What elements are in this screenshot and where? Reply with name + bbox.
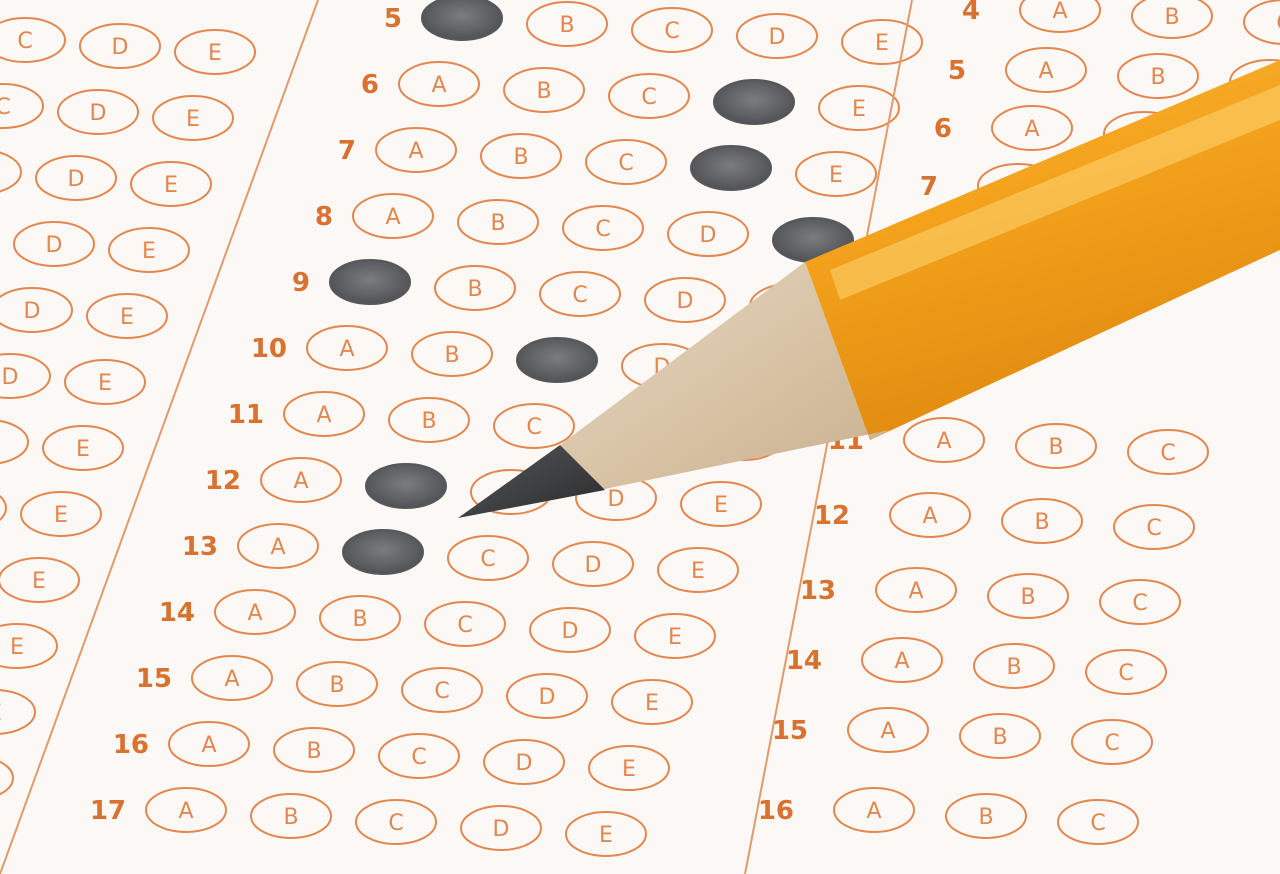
svg-text:E: E bbox=[875, 31, 889, 56]
bubble-b: B bbox=[527, 2, 607, 46]
svg-text:E: E bbox=[714, 493, 728, 518]
svg-text:A: A bbox=[922, 504, 937, 529]
bubble-c: C bbox=[1058, 800, 1138, 844]
svg-text:E: E bbox=[142, 239, 156, 264]
bubble-e: E bbox=[819, 86, 899, 130]
bubble-d: D bbox=[737, 14, 817, 58]
bubble-b: B bbox=[1002, 499, 1082, 543]
svg-text:D: D bbox=[769, 25, 786, 50]
bubble-b: B bbox=[1118, 54, 1198, 98]
bubble-c: C bbox=[563, 206, 643, 250]
bubble-b bbox=[343, 530, 423, 574]
question-number: 17 bbox=[90, 796, 126, 826]
bubble-d: D bbox=[668, 212, 748, 256]
bubble-a: A bbox=[284, 392, 364, 436]
svg-text:C: C bbox=[388, 811, 403, 836]
question-number: 7 bbox=[920, 172, 938, 202]
svg-text:D: D bbox=[700, 223, 717, 248]
svg-text:D: D bbox=[112, 35, 129, 60]
svg-text:E: E bbox=[32, 569, 46, 594]
svg-text:B: B bbox=[992, 725, 1007, 750]
bubble-b: B bbox=[960, 714, 1040, 758]
svg-text:B: B bbox=[1006, 655, 1021, 680]
bubble-e: E bbox=[109, 228, 189, 272]
svg-text:E: E bbox=[829, 163, 843, 188]
svg-text:A: A bbox=[385, 205, 400, 230]
svg-text:E: E bbox=[622, 757, 636, 782]
svg-text:E: E bbox=[98, 371, 112, 396]
bubble-a: A bbox=[353, 194, 433, 238]
svg-text:D: D bbox=[24, 299, 41, 324]
bubble-d: D bbox=[0, 288, 72, 332]
question-number: 5 bbox=[948, 56, 966, 86]
bubble-c: C bbox=[402, 668, 482, 712]
bubble-b: B bbox=[251, 794, 331, 838]
bubble-b: B bbox=[974, 644, 1054, 688]
svg-text:A: A bbox=[431, 73, 446, 98]
bubble-b: B bbox=[274, 728, 354, 772]
bubble-b: B bbox=[320, 596, 400, 640]
svg-text:A: A bbox=[1052, 0, 1067, 24]
bubble-e: E bbox=[842, 20, 922, 64]
bubble-a bbox=[422, 0, 502, 40]
svg-text:E: E bbox=[599, 823, 613, 848]
bubble-a bbox=[330, 260, 410, 304]
question-number: 13 bbox=[800, 576, 836, 606]
question-number: 10 bbox=[251, 334, 287, 364]
svg-text:D: D bbox=[493, 817, 510, 842]
svg-text:D: D bbox=[562, 619, 579, 644]
svg-text:A: A bbox=[1038, 59, 1053, 84]
svg-text:E: E bbox=[186, 107, 200, 132]
svg-text:C: C bbox=[641, 85, 656, 110]
bubble-e: E bbox=[589, 746, 669, 790]
bubble-c: C bbox=[609, 74, 689, 118]
bubble-b: B bbox=[504, 68, 584, 112]
bubble-e: E bbox=[612, 680, 692, 724]
bubble-b: B bbox=[435, 266, 515, 310]
question-number: 12 bbox=[814, 501, 850, 531]
svg-text:D: D bbox=[585, 553, 602, 578]
bubble-e: E bbox=[175, 30, 255, 74]
bubble-a: A bbox=[848, 708, 928, 752]
svg-text:D: D bbox=[68, 167, 85, 192]
svg-text:C: C bbox=[1118, 661, 1133, 686]
bubble-e: E bbox=[153, 96, 233, 140]
svg-text:C: C bbox=[572, 283, 587, 308]
svg-text:B: B bbox=[1020, 585, 1035, 610]
bubble-e: E bbox=[681, 482, 761, 526]
svg-text:B: B bbox=[978, 805, 993, 830]
bubble-e: E bbox=[635, 614, 715, 658]
svg-text:A: A bbox=[201, 733, 216, 758]
bubble-d: D bbox=[0, 420, 28, 464]
svg-text:E: E bbox=[0, 701, 2, 726]
question-number: 14 bbox=[786, 646, 822, 676]
bubble-b: B bbox=[1016, 424, 1096, 468]
svg-text:D: D bbox=[539, 685, 556, 710]
bubble-b: B bbox=[389, 398, 469, 442]
svg-text:B: B bbox=[1034, 510, 1049, 535]
bubble-c: C bbox=[1100, 580, 1180, 624]
svg-text:E: E bbox=[54, 503, 68, 528]
bubble-e: E bbox=[21, 492, 101, 536]
svg-text:E: E bbox=[76, 437, 90, 462]
bubble-e: E bbox=[0, 624, 57, 668]
question-number: 6 bbox=[934, 114, 952, 144]
bubble-a: A bbox=[215, 590, 295, 634]
question-number: 7 bbox=[338, 136, 356, 166]
svg-text:A: A bbox=[880, 719, 895, 744]
svg-text:B: B bbox=[444, 343, 459, 368]
bubble-d: D bbox=[80, 24, 160, 68]
svg-text:A: A bbox=[908, 579, 923, 604]
bubble-d: D bbox=[0, 354, 50, 398]
bubble-a: A bbox=[834, 788, 914, 832]
question-number: 15 bbox=[772, 716, 808, 746]
bubble-d: D bbox=[484, 740, 564, 784]
bubble-d: D bbox=[36, 156, 116, 200]
bubble-d: D bbox=[645, 278, 725, 322]
answer-sheet-photo: BCDEABCEABCEABCDBCDEABDEABCDEACDEACDEABC… bbox=[0, 0, 1280, 874]
bubble-c: C bbox=[494, 404, 574, 448]
bubble-e: E bbox=[131, 162, 211, 206]
bubble-c: C bbox=[448, 536, 528, 580]
svg-text:C: C bbox=[1090, 811, 1105, 836]
bubble-a: A bbox=[862, 638, 942, 682]
question-number: 13 bbox=[182, 532, 218, 562]
svg-text:B: B bbox=[536, 79, 551, 104]
svg-text:C: C bbox=[1160, 441, 1175, 466]
svg-text:C: C bbox=[664, 19, 679, 44]
svg-text:B: B bbox=[1150, 65, 1165, 90]
svg-text:B: B bbox=[559, 13, 574, 38]
bubble-c: C bbox=[586, 140, 666, 184]
svg-text:A: A bbox=[178, 799, 193, 824]
bubble-e: E bbox=[43, 426, 123, 470]
bubble-b: B bbox=[481, 134, 561, 178]
svg-text:B: B bbox=[306, 739, 321, 764]
svg-text:C: C bbox=[618, 151, 633, 176]
bubble-a: A bbox=[146, 788, 226, 832]
svg-text:B: B bbox=[490, 211, 505, 236]
bubble-d bbox=[714, 80, 794, 124]
svg-text:C: C bbox=[457, 613, 472, 638]
bubble-e: E bbox=[87, 294, 167, 338]
svg-text:A: A bbox=[936, 429, 951, 454]
svg-text:A: A bbox=[339, 337, 354, 362]
svg-text:C: C bbox=[526, 415, 541, 440]
bubble-a: A bbox=[1006, 48, 1086, 92]
bubble-a: A bbox=[992, 106, 1072, 150]
bubble-c bbox=[517, 338, 597, 382]
bubble-c: C bbox=[1086, 650, 1166, 694]
svg-text:A: A bbox=[224, 667, 239, 692]
bubble-b: B bbox=[412, 332, 492, 376]
svg-text:A: A bbox=[408, 139, 423, 164]
bubble-d: D bbox=[461, 806, 541, 850]
bubble-d: D bbox=[530, 608, 610, 652]
svg-text:C: C bbox=[411, 745, 426, 770]
bubble-e: E bbox=[566, 812, 646, 856]
svg-text:C: C bbox=[434, 679, 449, 704]
svg-text:E: E bbox=[852, 97, 866, 122]
bubble-a: A bbox=[376, 128, 456, 172]
svg-text:B: B bbox=[329, 673, 344, 698]
svg-text:A: A bbox=[316, 403, 331, 428]
svg-text:B: B bbox=[513, 145, 528, 170]
question-number: 9 bbox=[292, 268, 310, 298]
svg-text:D: D bbox=[2, 365, 19, 390]
bubble-c: C bbox=[1244, 0, 1280, 44]
svg-text:E: E bbox=[164, 173, 178, 198]
question-number: 8 bbox=[315, 202, 333, 232]
bubble-e: E bbox=[796, 152, 876, 196]
bubble-d: D bbox=[553, 542, 633, 586]
bubble-a: A bbox=[238, 524, 318, 568]
question-number: 16 bbox=[113, 730, 149, 760]
bubble-c: C bbox=[379, 734, 459, 778]
bubble-c: C bbox=[1114, 505, 1194, 549]
bubble-a: A bbox=[192, 656, 272, 700]
svg-text:A: A bbox=[1024, 117, 1039, 142]
bubble-b: B bbox=[946, 794, 1026, 838]
svg-text:C: C bbox=[1132, 591, 1147, 616]
question-number: 14 bbox=[159, 598, 195, 628]
bubble-e: E bbox=[658, 548, 738, 592]
bubble-d: D bbox=[14, 222, 94, 266]
bubble-a: A bbox=[261, 458, 341, 502]
svg-text:E: E bbox=[208, 41, 222, 66]
svg-text:D: D bbox=[677, 289, 694, 314]
bubble-e: E bbox=[0, 690, 35, 734]
svg-text:B: B bbox=[1048, 435, 1063, 460]
bubble-e: E bbox=[0, 756, 13, 800]
svg-text:B: B bbox=[283, 805, 298, 830]
bubble-c: C bbox=[1072, 720, 1152, 764]
svg-text:A: A bbox=[866, 799, 881, 824]
bubble-e: E bbox=[0, 558, 79, 602]
bubble-a: A bbox=[169, 722, 249, 766]
bubble-d: D bbox=[507, 674, 587, 718]
bubble-a: A bbox=[399, 62, 479, 106]
svg-text:A: A bbox=[293, 469, 308, 494]
question-number: 6 bbox=[361, 70, 379, 100]
svg-text:C: C bbox=[17, 29, 32, 54]
bubble-a: A bbox=[904, 418, 984, 462]
svg-text:B: B bbox=[352, 607, 367, 632]
bubble-b: B bbox=[297, 662, 377, 706]
svg-text:A: A bbox=[247, 601, 262, 626]
svg-text:E: E bbox=[120, 305, 134, 330]
svg-text:B: B bbox=[1164, 5, 1179, 30]
bubble-b bbox=[366, 464, 446, 508]
bubble-d: D bbox=[0, 486, 6, 530]
bubble-c: C bbox=[0, 18, 65, 62]
svg-text:D: D bbox=[608, 487, 625, 512]
bubble-c: C bbox=[0, 150, 21, 194]
svg-text:C: C bbox=[0, 95, 11, 120]
question-number: 11 bbox=[228, 400, 264, 430]
svg-text:E: E bbox=[10, 635, 24, 660]
bubble-d: D bbox=[58, 90, 138, 134]
svg-text:B: B bbox=[421, 409, 436, 434]
bubble-c: C bbox=[356, 800, 436, 844]
bubble-e: E bbox=[65, 360, 145, 404]
bubble-c: C bbox=[1128, 430, 1208, 474]
bubble-d bbox=[691, 146, 771, 190]
svg-text:C: C bbox=[1104, 731, 1119, 756]
question-number: 4 bbox=[962, 0, 980, 26]
bubble-a: A bbox=[890, 493, 970, 537]
question-number: 16 bbox=[758, 796, 794, 826]
svg-text:B: B bbox=[467, 277, 482, 302]
question-number: 15 bbox=[136, 664, 172, 694]
bubble-b: B bbox=[988, 574, 1068, 618]
bubble-b: B bbox=[1132, 0, 1212, 38]
svg-text:E: E bbox=[668, 625, 682, 650]
svg-text:C: C bbox=[1146, 516, 1161, 541]
question-number: 5 bbox=[384, 4, 402, 34]
bubble-a: A bbox=[1020, 0, 1100, 32]
svg-text:E: E bbox=[691, 559, 705, 584]
svg-text:D: D bbox=[516, 751, 533, 776]
svg-text:A: A bbox=[270, 535, 285, 560]
svg-text:D: D bbox=[90, 101, 107, 126]
bubble-a: A bbox=[307, 326, 387, 370]
svg-text:C: C bbox=[480, 547, 495, 572]
question-number: 12 bbox=[205, 466, 241, 496]
svg-text:D: D bbox=[46, 233, 63, 258]
bubble-c: C bbox=[425, 602, 505, 646]
svg-text:C: C bbox=[595, 217, 610, 242]
bubble-c: C bbox=[540, 272, 620, 316]
svg-text:C: C bbox=[1276, 11, 1280, 36]
bubble-a: A bbox=[876, 568, 956, 612]
bubble-c: C bbox=[0, 84, 43, 128]
svg-text:E: E bbox=[645, 691, 659, 716]
bubble-b: B bbox=[458, 200, 538, 244]
bubble-c: C bbox=[632, 8, 712, 52]
svg-text:A: A bbox=[894, 649, 909, 674]
